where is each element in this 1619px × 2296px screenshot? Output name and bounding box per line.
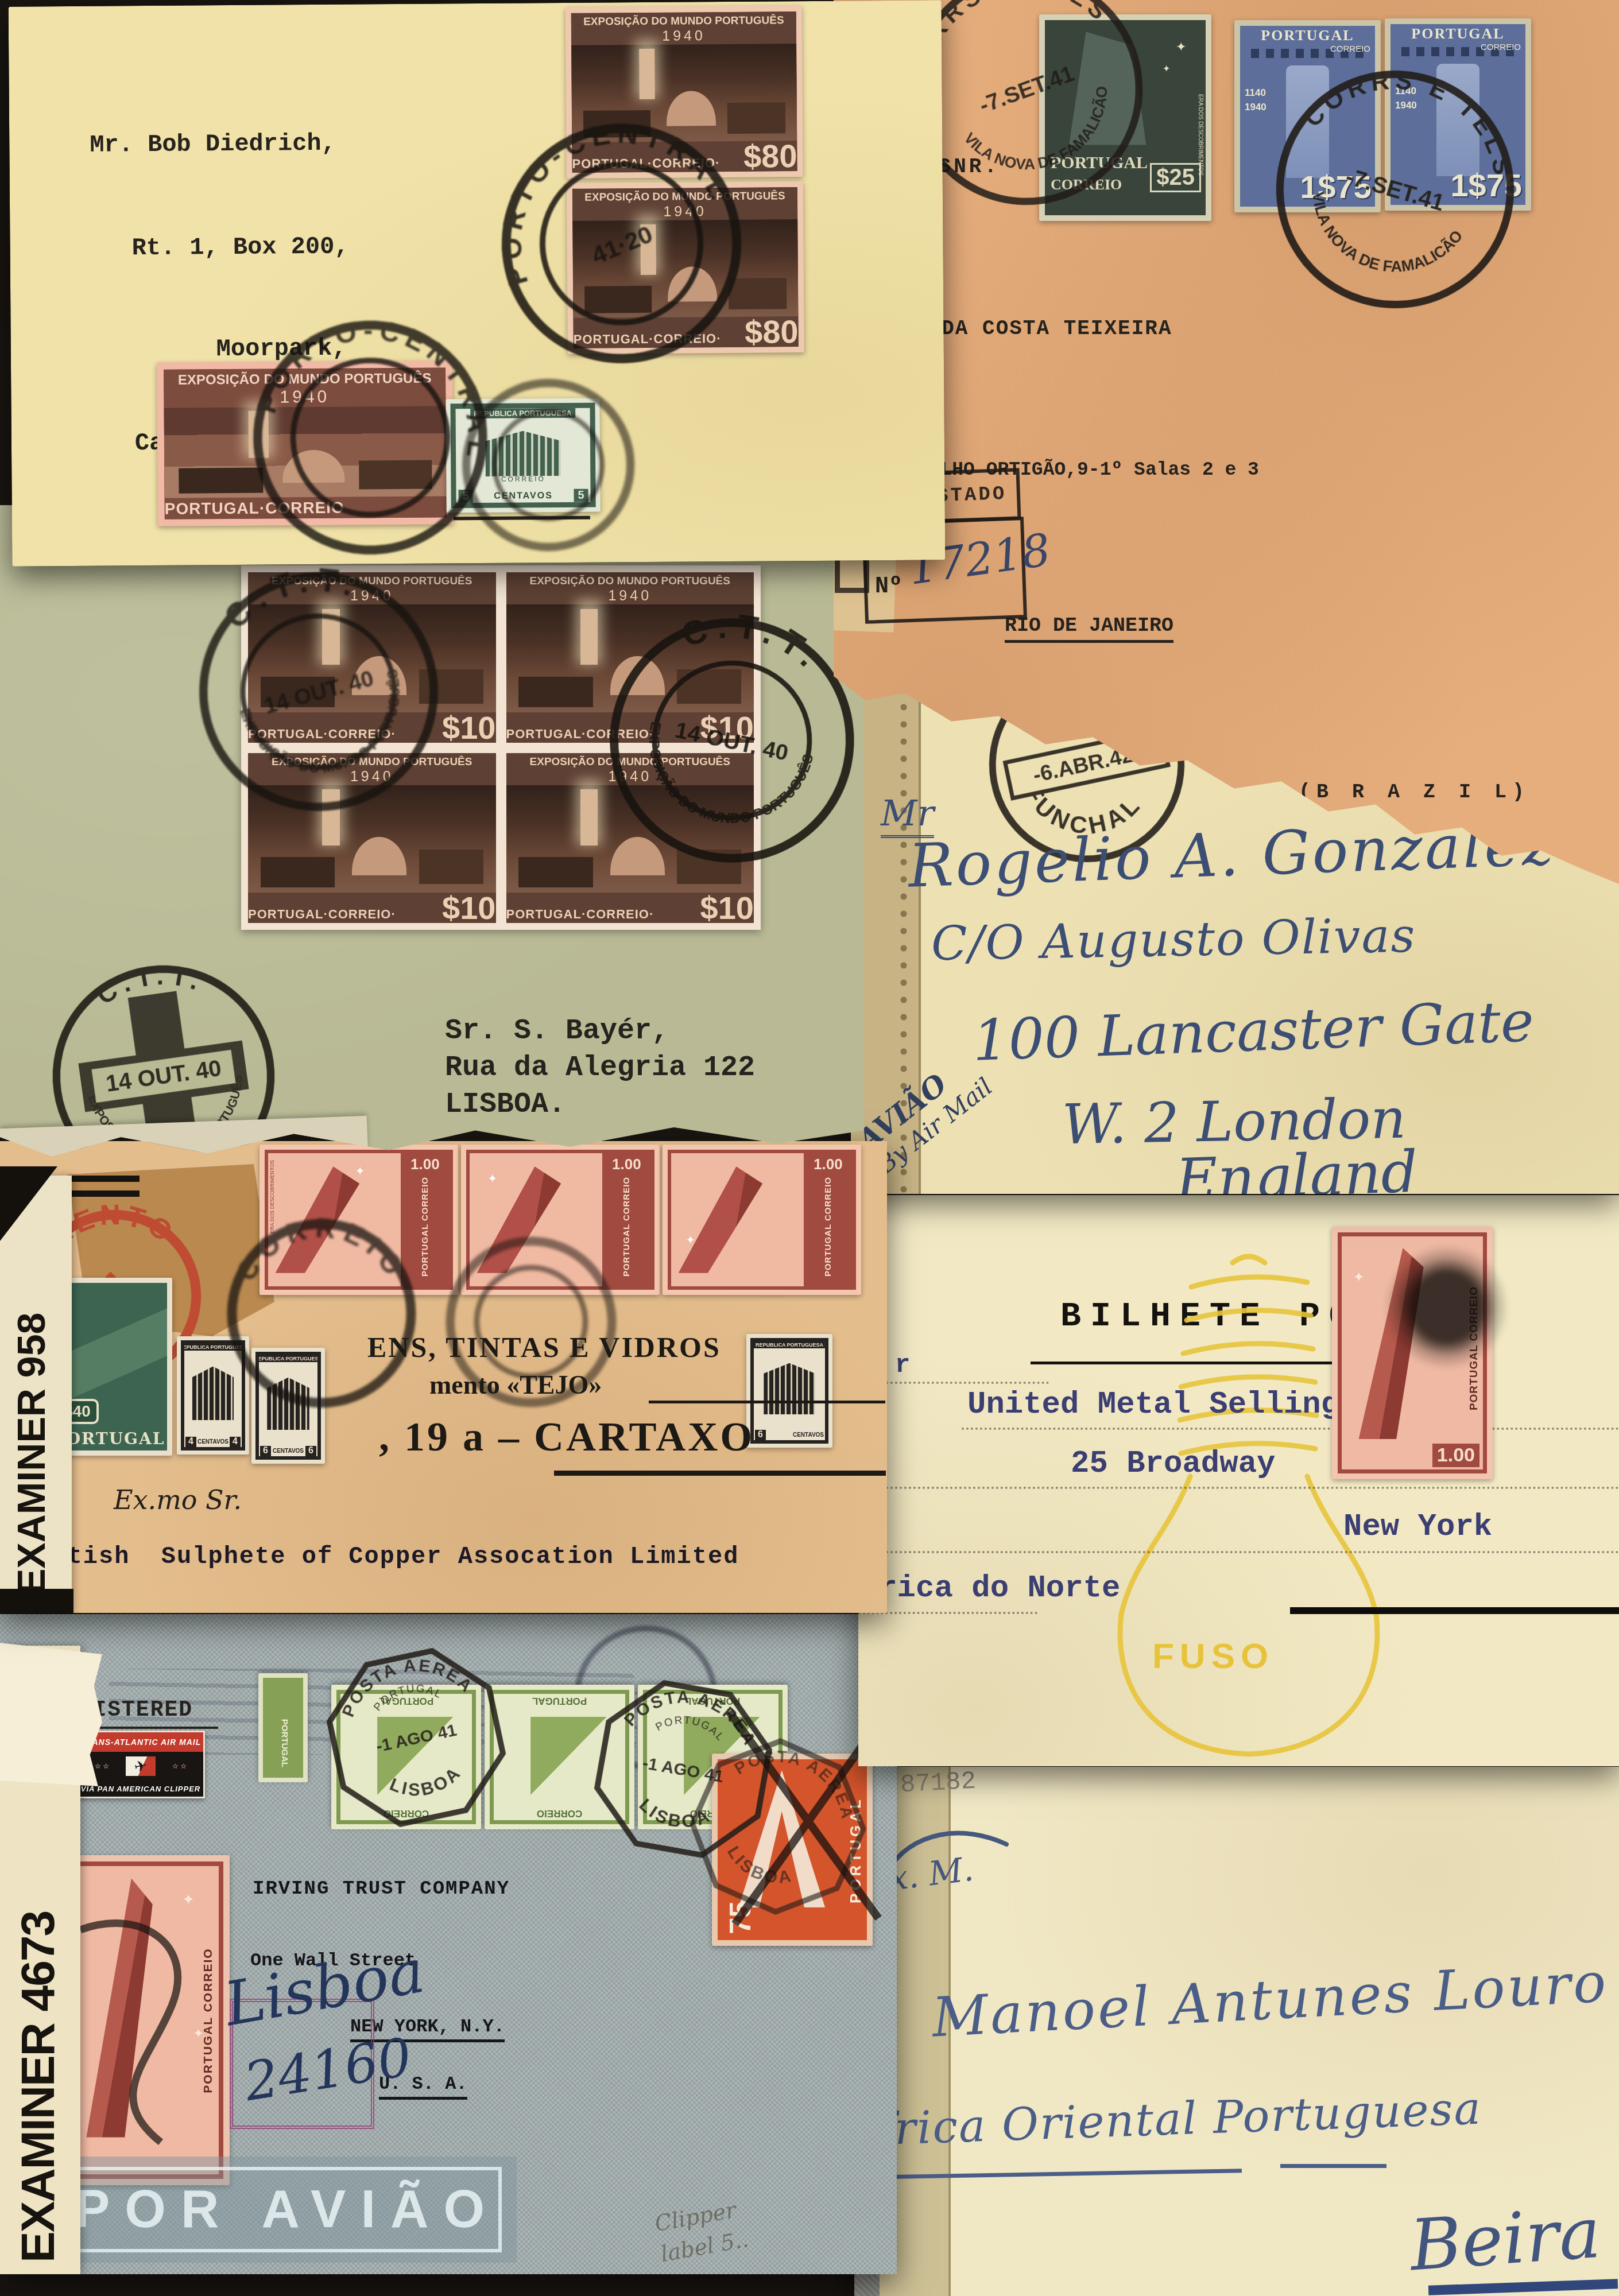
typed-street: 25 Broadway <box>1071 1446 1275 1481</box>
stamp-correio: CORREIO <box>1330 44 1370 54</box>
stamp-scene <box>248 785 496 893</box>
stamp-band: PORTUGAL·CORREIO· <box>248 727 396 742</box>
stamp-title: EXPOSIÇÃO DO MUNDO PORTUGUÊS <box>272 575 472 588</box>
stamp-scene <box>506 785 754 893</box>
stamp-black-6c-right: REPUBLICA PORTUGUESA 6 CENTAVOS <box>746 1334 832 1448</box>
temple-graphic <box>764 1363 815 1414</box>
stamp-value: 5 <box>459 490 473 503</box>
airmail-etiquette: TRANS-ATLANTIC AIR MAIL ☆ ☆ ✈ ☆ ☆ VIA PA… <box>76 1731 205 1798</box>
stamp-year: 1940 <box>1245 102 1266 113</box>
stamp-correio: CORREIO <box>1481 42 1521 52</box>
stamp-value: 6 <box>755 1430 766 1440</box>
stamp-carmine-large: ✦ ✦ PORTUGAL CORREIO <box>57 1855 230 2185</box>
stamp-country: PORTUGAL <box>847 1797 865 1903</box>
value-row: 6 CENTAVOS <box>754 1430 825 1440</box>
printed-line3: , 19 a – CARTAXO <box>379 1413 754 1461</box>
value-row: 5 CENTAVOS 5 <box>456 489 591 503</box>
stamp-text: REPUBLICA PORTUGUESA <box>181 1344 245 1351</box>
flag-panel: ✈ <box>126 1756 156 1776</box>
stamp-title: EXPOSIÇÃO DO MUNDO PORTUGUÊS <box>584 190 785 204</box>
stamp-10c: EXPOSIÇÃO DO MUNDO PORTUGUÊS 1940 PORTUG… <box>504 751 757 926</box>
stamp-text: PORTUGAL <box>685 1695 740 1707</box>
knight-graphic <box>1436 64 1479 176</box>
stamp-orange-airmail: 75 PORTUGAL <box>712 1754 873 1946</box>
stamp-text: PORTUGAL CORREIO <box>420 1177 430 1277</box>
typed-addressee: British Sulphete of Copper Assocation Li… <box>21 1543 739 1570</box>
cover-bayer: EXPOSIÇÃO DO MUNDO PORTUGUÊS 1940 PORTUG… <box>0 505 864 1157</box>
stamp-year: 1940 <box>1395 100 1417 111</box>
stamp-value: 6 <box>305 1446 316 1456</box>
torn-flap <box>0 1643 102 1786</box>
stamp-text: PORTUGAL CORREIO <box>823 1177 833 1277</box>
stamp-text: CORREIO <box>537 1808 582 1819</box>
stamp-scene <box>506 604 754 712</box>
stamp-unit: CENTAVOS <box>197 1439 228 1445</box>
star-glyph: ✦ <box>182 1891 195 1909</box>
stamp-175-blue: PORTUGAL 1140 1940 CORREIO 1$75 <box>1234 20 1381 212</box>
stamp-text: CORREIO <box>384 1808 429 1819</box>
stamp-text: PORTUGAL <box>379 1695 433 1707</box>
por-aviao-label: POR AVIÃO <box>57 2157 517 2263</box>
sail <box>377 1717 454 1795</box>
cover-diedrich: Mr. Bob Diedrich, Rt. 1, Box 200, Moorpa… <box>9 0 946 566</box>
stamp-text: PORTUGAL <box>280 1719 289 1767</box>
typed-city: New York <box>1343 1510 1492 1545</box>
postmark-text: C.T.T. <box>89 953 213 1013</box>
sail-graphic <box>738 1770 825 1907</box>
stamp-year: 1940 <box>608 769 652 785</box>
typed-street: Rua da Alegria 122 <box>445 1052 755 1084</box>
stamp-175-blue: PORTUGAL 1140 1940 CORREIO 1$75 <box>1385 18 1531 211</box>
regnumber-label: Nº <box>875 574 903 600</box>
typed-address-2: Rt. 1, Box 200, <box>131 233 348 262</box>
stamp-unit: CENTAVOS <box>494 491 553 502</box>
typed-city: RIO DE JANEIRO <box>1005 614 1173 643</box>
monument-graphic <box>86 1878 152 2137</box>
cancel-blob <box>1384 1244 1510 1370</box>
knight-graphic <box>1286 65 1329 177</box>
por-aviao-text: POR AVIÃO <box>75 2179 499 2240</box>
stamp-title: EXPOSIÇÃO DO MUNDO PORTUGUÊS <box>530 575 730 588</box>
stamp-value: $10 <box>700 714 754 742</box>
stamp-correio: CORREIO <box>1051 176 1122 193</box>
cover-bilhete-postal: BILHETE POSTAL FUSO r United Metal Selli… <box>858 1195 1619 1766</box>
stamp-title: EXPOSIÇÃO DO MUNDO PORTUGUÊS <box>178 371 432 389</box>
star-glyph: ✦ <box>1163 63 1170 75</box>
stamp-green-small: PORTUGAL <box>258 1673 308 1782</box>
stamp-value: $10 <box>442 894 495 922</box>
stamp-band: PORTUGAL·CORREIO· <box>506 727 654 742</box>
printed-line2: mento «TEJO» <box>429 1370 602 1400</box>
stamp-country: PORTUGAL <box>1051 153 1148 173</box>
value-band: 1.00 PORTUGAL CORREIO <box>804 1153 853 1286</box>
address-line <box>858 1551 1619 1553</box>
printed-line1: ENS, TINTAS E VIDROS <box>367 1331 721 1364</box>
stamp-value: 75 <box>723 1901 758 1934</box>
stamp-scene <box>571 44 797 142</box>
stamp-unit: CENTAVOS <box>273 1448 304 1455</box>
star-glyph: ✦ <box>1353 1269 1365 1286</box>
tape-black-bottom <box>0 1589 73 1613</box>
stamp-unit: CENTAVOS <box>793 1432 824 1438</box>
stamp-block-of-four: EXPOSIÇÃO DO MUNDO PORTUGUÊS 1940 PORTUG… <box>241 565 761 930</box>
stamp-value: 1$75 <box>1450 166 1522 204</box>
stamp-band: PORTUGAL·CORREIO· <box>572 156 720 172</box>
censor-text: EXAMINER 958 <box>9 1216 54 1595</box>
stamp-carmine-postcard: ✦ PORTUGAL CORREIO 1.00 <box>1332 1227 1493 1479</box>
stamp-year: 1140 <box>1395 86 1416 97</box>
cover-irving-trust: REGISTERED PORTUGAL CORREIO PORTUGAL COR… <box>0 1614 897 2274</box>
plane-icon: ✈ <box>133 1756 149 1777</box>
stamp-band: PORTUGAL·CORREIO· <box>506 907 654 922</box>
typed-city: LISBOA. <box>445 1088 566 1121</box>
typed-exmo: Ex.mo Sr. <box>114 1484 242 1515</box>
stamp-title: EXPOSIÇÃO DO MUNDO PORTUGUÊS <box>272 756 472 769</box>
stamp-green-5c: REPUBLICA PORTUGUESA CORREIO 5 CENTAVOS … <box>446 398 600 513</box>
stamp-value: 4 <box>230 1437 241 1447</box>
typed-country: (B R A Z I L) <box>1299 781 1530 804</box>
cover-cartaxo: CIMENTO ★ ✦ ERA DOS DESCOBRIMENTOS 1.00 … <box>0 1141 887 1613</box>
stamp-scene <box>572 219 798 318</box>
script-city: Beira <box>1407 2192 1603 2287</box>
stamp-text: REPUBLICA PORTUGUESA <box>255 1355 321 1362</box>
stamp-value: $80 <box>743 143 797 170</box>
stamp-year: 1940 <box>663 203 707 220</box>
stamp-year: 1940 <box>662 28 706 45</box>
stamp-year: 1940 <box>350 769 394 785</box>
temple-graphic <box>192 1367 234 1421</box>
stamp-value: 1.00 <box>612 1155 641 1173</box>
stamp-scene <box>248 604 496 712</box>
stamp-band: PORTUGAL·CORREIO <box>165 499 344 518</box>
temple-graphic <box>485 430 561 476</box>
typed-region: America do Norte <box>858 1571 1120 1606</box>
script-careof: C/O Augusto Olivas <box>931 909 1416 972</box>
stamp-80c: EXPOSIÇÃO DO MUNDO PORTUGUÊS 1940 PORTUG… <box>566 6 803 179</box>
monument-graphic <box>1069 32 1146 145</box>
script-name: Manoel Antunes Louro <box>931 1951 1610 2050</box>
stamp-value: $10 <box>700 894 754 922</box>
stamp-value: 4 <box>185 1437 196 1447</box>
sail <box>530 1717 607 1795</box>
stamp-scene <box>164 406 447 498</box>
stamp-text: REPUBLICA PORTUGUESA <box>754 1341 825 1348</box>
stamp-series: ERA DOS DESCOBRIMENTOS <box>269 1160 275 1234</box>
pencil-number: 87182 <box>900 1767 977 1800</box>
stamp-black-4c: REPUBLICA PORTUGUESA 4 CENTAVOS 4 <box>177 1336 249 1455</box>
stamp-band: PORTUGAL·CORREIO· <box>574 331 722 347</box>
script-country: England <box>1175 1138 1419 1194</box>
rule-heavy <box>554 1471 886 1476</box>
stamp-year: 1940 <box>350 588 394 604</box>
underline <box>1280 2164 1386 2168</box>
stamp-pink-1940: EXPOSIÇÃO DO MUNDO PORTUGUÊS 1940 PORTUG… <box>157 360 454 526</box>
stamp-text: REPUBLICA PORTUGUESA <box>470 408 575 418</box>
etiquette-mid: ☆ ☆ ✈ ☆ ☆ <box>78 1752 203 1781</box>
stamp-value: 1.00 <box>1432 1444 1479 1467</box>
typed-address-3: Moorpark, <box>216 335 347 363</box>
stamp-value: 1.00 <box>410 1155 440 1173</box>
value-band: 1.00 PORTUGAL CORREIO <box>401 1153 450 1286</box>
value-band: 1.00 PORTUGAL CORREIO <box>602 1153 651 1286</box>
stamp-80c: EXPOSIÇÃO DO MUNDO PORTUGUÊS 1940 PORTUG… <box>567 181 804 354</box>
postmark-date: 14 OUT. 40 <box>104 1056 223 1097</box>
stamp-value: 6 <box>260 1446 271 1456</box>
photo-canvas: 87182 Ex. M. Manoel Antunes Louro África… <box>0 0 1619 2296</box>
stamp-25c-descobrimentos: ✦ ✦ ERA DOS DESCOBRIMENTOS PORTUGAL CORR… <box>1039 14 1211 221</box>
address-line <box>858 1487 1619 1489</box>
stamp-year: 1940 <box>608 588 652 604</box>
stamp-value: 5 <box>574 489 588 502</box>
cover-beira: 87182 Ex. M. Manoel Antunes Louro África… <box>854 1767 1619 2296</box>
etiquette-text: TRANS-ATLANTIC AIR MAIL <box>80 1737 201 1747</box>
stamp-year: 1940 <box>280 387 330 408</box>
address-line <box>962 1428 1619 1430</box>
typed-address-1: Mr. Bob Diedrich, <box>90 130 336 159</box>
monument-graphic <box>679 1166 784 1273</box>
value-row: 6 CENTAVOS 6 <box>259 1446 317 1456</box>
stamp-10c: EXPOSIÇÃO DO MUNDO PORTUGUÊS 1940 PORTUG… <box>504 570 757 745</box>
stamp-value: $80 <box>745 318 799 346</box>
temple-graphic <box>267 1378 309 1430</box>
typed-name: IRVING TRUST COMPANY <box>253 1878 510 1900</box>
stamp-year: 1140 <box>1245 87 1266 99</box>
star-glyph: ✦ <box>685 1233 695 1247</box>
stray-char: r <box>895 1351 910 1380</box>
star-glyph: ✦ <box>488 1172 498 1186</box>
stamp-10c: EXPOSIÇÃO DO MUNDO PORTUGUÊS 1940 PORTUG… <box>246 751 498 926</box>
stamp-value: $25 <box>1150 163 1201 192</box>
monument-graphic <box>276 1166 381 1273</box>
por-aviao-inner: POR AVIÃO <box>72 2167 502 2252</box>
stamp-country: PORTUGAL <box>1411 25 1504 42</box>
star-glyph: ✦ <box>355 1164 365 1178</box>
stamp-title: EXPOSIÇÃO DO MUNDO PORTUGUÊS <box>583 14 784 28</box>
stamp-value: 1$75 <box>1300 168 1372 205</box>
stamp-country: PORTUGAL <box>1261 27 1354 44</box>
value-row: 4 CENTAVOS 4 <box>184 1437 242 1447</box>
stamp-10c: EXPOSIÇÃO DO MUNDO PORTUGUÊS 1940 PORTUG… <box>246 570 498 745</box>
star-glyph: ✦ <box>1176 40 1186 55</box>
stamp-title: EXPOSIÇÃO DO MUNDO PORTUGUÊS <box>530 756 730 769</box>
fuso-text: FUSO <box>1152 1636 1274 1677</box>
heavy-rule <box>1290 1607 1619 1614</box>
svg-text:C.T.T.: C.T.T. <box>89 953 213 1013</box>
script-street: 100 Lancaster Gate <box>971 989 1535 1074</box>
stamp-text: PORTUGAL <box>532 1695 587 1707</box>
etiquette-stars: ☆ ☆ <box>156 1762 203 1770</box>
rule <box>649 1401 885 1403</box>
stamp-black-6c: REPUBLICA PORTUGUESA 6 CENTAVOS 6 <box>251 1348 325 1464</box>
stamp-text: PORTUGAL CORREIO <box>622 1177 632 1277</box>
stamp-band: PORTUGAL·CORREIO· <box>248 907 396 922</box>
stamp-row-carmine: ✦ ERA DOS DESCOBRIMENTOS 1.00 PORTUGAL C… <box>259 1145 861 1295</box>
etiquette-text: VIA PAN AMERICAN CLIPPER <box>81 1785 200 1793</box>
stamp-value: 1.00 <box>814 1155 843 1173</box>
typed-name: Sr. S. Bayér, <box>445 1015 669 1048</box>
stamp-correio: CORREIO <box>501 475 545 483</box>
stamp-text: PORTUGAL CORREIO <box>202 1948 215 2093</box>
stamp-value: $10 <box>442 714 495 742</box>
